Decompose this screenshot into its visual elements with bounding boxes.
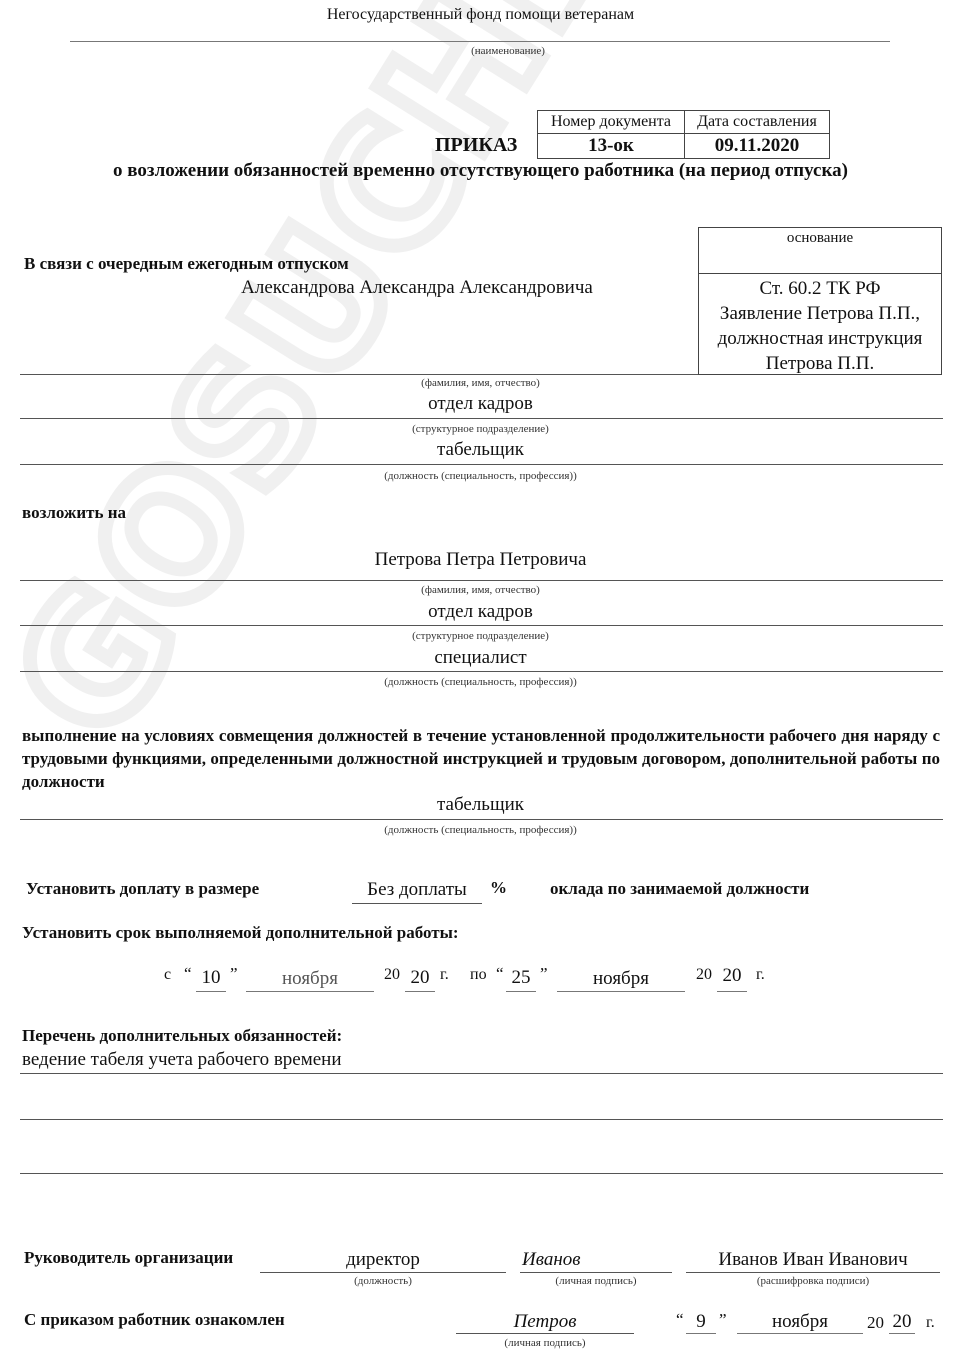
basis-line: Ст. 60.2 ТК РФ [699, 276, 941, 301]
assignee-name-caption: (фамилия, имя, отчество) [0, 584, 961, 596]
absent-employee-name: Александрова Александра Александровича [200, 277, 634, 299]
absent-department-caption: (структурное подразделение) [0, 423, 961, 435]
employee-signature-line [456, 1333, 634, 1334]
acknowledgement-year-line [889, 1333, 915, 1334]
head-position-line [260, 1272, 506, 1273]
close-quote: ” [230, 964, 238, 984]
period-from-prefix: с [164, 966, 171, 984]
absent-employee-position: табельщик [0, 439, 961, 461]
surcharge-line [352, 903, 482, 904]
doc-date-header: Дата составления [685, 111, 830, 134]
head-full-name: Иванов Иван Иванович [686, 1249, 940, 1271]
period-from-day: 10 [196, 967, 226, 989]
order-subtitle: о возложении обязанностей временно отсут… [0, 160, 961, 182]
assignee-position-line [20, 671, 943, 672]
organization-name: Негосударственный фонд помощи ветеранам [0, 6, 961, 24]
absent-name-line [20, 374, 698, 375]
additional-position-caption: (должность (специальность, профессия)) [0, 824, 961, 836]
surcharge-value: Без доплаты [352, 879, 482, 901]
absent-name-caption: (фамилия, имя, отчество) [0, 377, 961, 389]
period-to-day: 25 [506, 967, 536, 989]
additional-position: табельщик [0, 794, 961, 816]
period-to-month-line [557, 991, 685, 992]
period-label: Установить срок выполняемой дополнительн… [22, 923, 459, 943]
period-from-year: 20 [405, 967, 435, 989]
surcharge-suffix: оклада по занимаемой должности [550, 879, 809, 899]
employee-signature-caption: (личная подпись) [456, 1337, 634, 1349]
head-signature-caption: (личная подпись) [520, 1275, 672, 1287]
extra-duties-label: Перечень дополнительных обязанностей: [22, 1026, 342, 1046]
head-signature-line [520, 1272, 672, 1273]
basis-line: должностная инструкция [699, 326, 941, 351]
acknowledgement-day-line [686, 1333, 716, 1334]
period-to-year: 20 [717, 965, 747, 987]
doc-number: 13-ок [538, 134, 685, 159]
acknowledgement-day: 9 [686, 1311, 716, 1333]
open-quote: “ [676, 1310, 684, 1330]
head-position: директор [260, 1249, 506, 1271]
basis-box: основание Ст. 60.2 ТК РФ Заявление Петро… [698, 227, 942, 375]
basis-header: основание [699, 228, 941, 274]
period-from-month: ноября [246, 968, 374, 990]
surcharge-unit: % [490, 878, 507, 898]
assignee-department-caption: (структурное подразделение) [0, 630, 961, 642]
organization-caption: (наименование) [0, 45, 961, 57]
basis-line: Заявление Петрова П.П., [699, 301, 941, 326]
doc-number-header: Номер документа [538, 111, 685, 134]
acknowledgement-year-suffix: г. [926, 1314, 935, 1332]
head-signature: Иванов [520, 1249, 674, 1271]
surcharge-label: Установить доплату в размере [26, 879, 259, 899]
acknowledgement-month: ноября [737, 1311, 863, 1333]
doc-date: 09.11.2020 [685, 134, 830, 159]
acknowledgement-year-prefix: 20 [867, 1313, 884, 1333]
period-to-year-line [717, 991, 747, 992]
assignee-name-line [20, 580, 943, 581]
close-quote: ” [540, 964, 548, 984]
extra-duty-rule [20, 1173, 943, 1174]
absent-department-line [20, 418, 943, 419]
assignee-name: Петрова Петра Петровича [0, 549, 961, 571]
duties-paragraph: выполнение на условиях совмещения должно… [22, 724, 940, 793]
head-full-name-line [686, 1272, 940, 1273]
period-from-month-line [246, 991, 374, 992]
acknowledgement-year: 20 [889, 1311, 915, 1333]
basis-content: Ст. 60.2 ТК РФ Заявление Петрова П.П., д… [699, 274, 941, 376]
document-number-table: Номер документа Дата составления 13-ок 0… [537, 110, 830, 159]
open-quote: “ [184, 964, 192, 984]
extra-duty-rule [20, 1119, 943, 1120]
assignee-position: специалист [0, 647, 961, 669]
period-to-year-suffix: г. [756, 966, 765, 984]
acknowledgement-month-line [737, 1333, 863, 1334]
head-full-name-caption: (расшифровка подписи) [686, 1275, 940, 1287]
period-to-prefix: по [470, 966, 487, 984]
absent-employee-department: отдел кадров [0, 393, 961, 415]
absence-reason: В связи с очередным ежегодным отпуском [24, 254, 349, 274]
period-from-year-line [405, 991, 435, 992]
assign-label: возложить на [22, 503, 126, 523]
open-quote: “ [496, 964, 504, 984]
extra-duty-line: ведение табеля учета рабочего времени [22, 1049, 342, 1071]
head-label: Руководитель организации [24, 1248, 233, 1268]
close-quote: ” [719, 1310, 727, 1330]
assignee-department-line [20, 625, 943, 626]
period-from-day-line [196, 991, 226, 992]
extra-duty-rule [20, 1073, 943, 1074]
organization-line [70, 41, 890, 42]
assignee-position-caption: (должность (специальность, профессия)) [0, 676, 961, 688]
period-from-year-prefix: 20 [384, 966, 400, 984]
period-to-month: ноября [557, 968, 685, 990]
period-to-year-prefix: 20 [696, 966, 712, 984]
head-position-caption: (должность) [260, 1275, 506, 1287]
additional-position-line [20, 819, 943, 820]
absent-position-line [20, 464, 943, 465]
order-title: ПРИКАЗ [435, 134, 517, 157]
period-from-year-suffix: г. [440, 966, 449, 984]
employee-signature: Петров [456, 1311, 634, 1333]
absent-position-caption: (должность (специальность, профессия)) [0, 470, 961, 482]
period-to-day-line [506, 991, 536, 992]
basis-line: Петрова П.П. [699, 351, 941, 376]
assignee-department: отдел кадров [0, 601, 961, 623]
acknowledgement-label: С приказом работник ознакомлен [24, 1310, 285, 1330]
